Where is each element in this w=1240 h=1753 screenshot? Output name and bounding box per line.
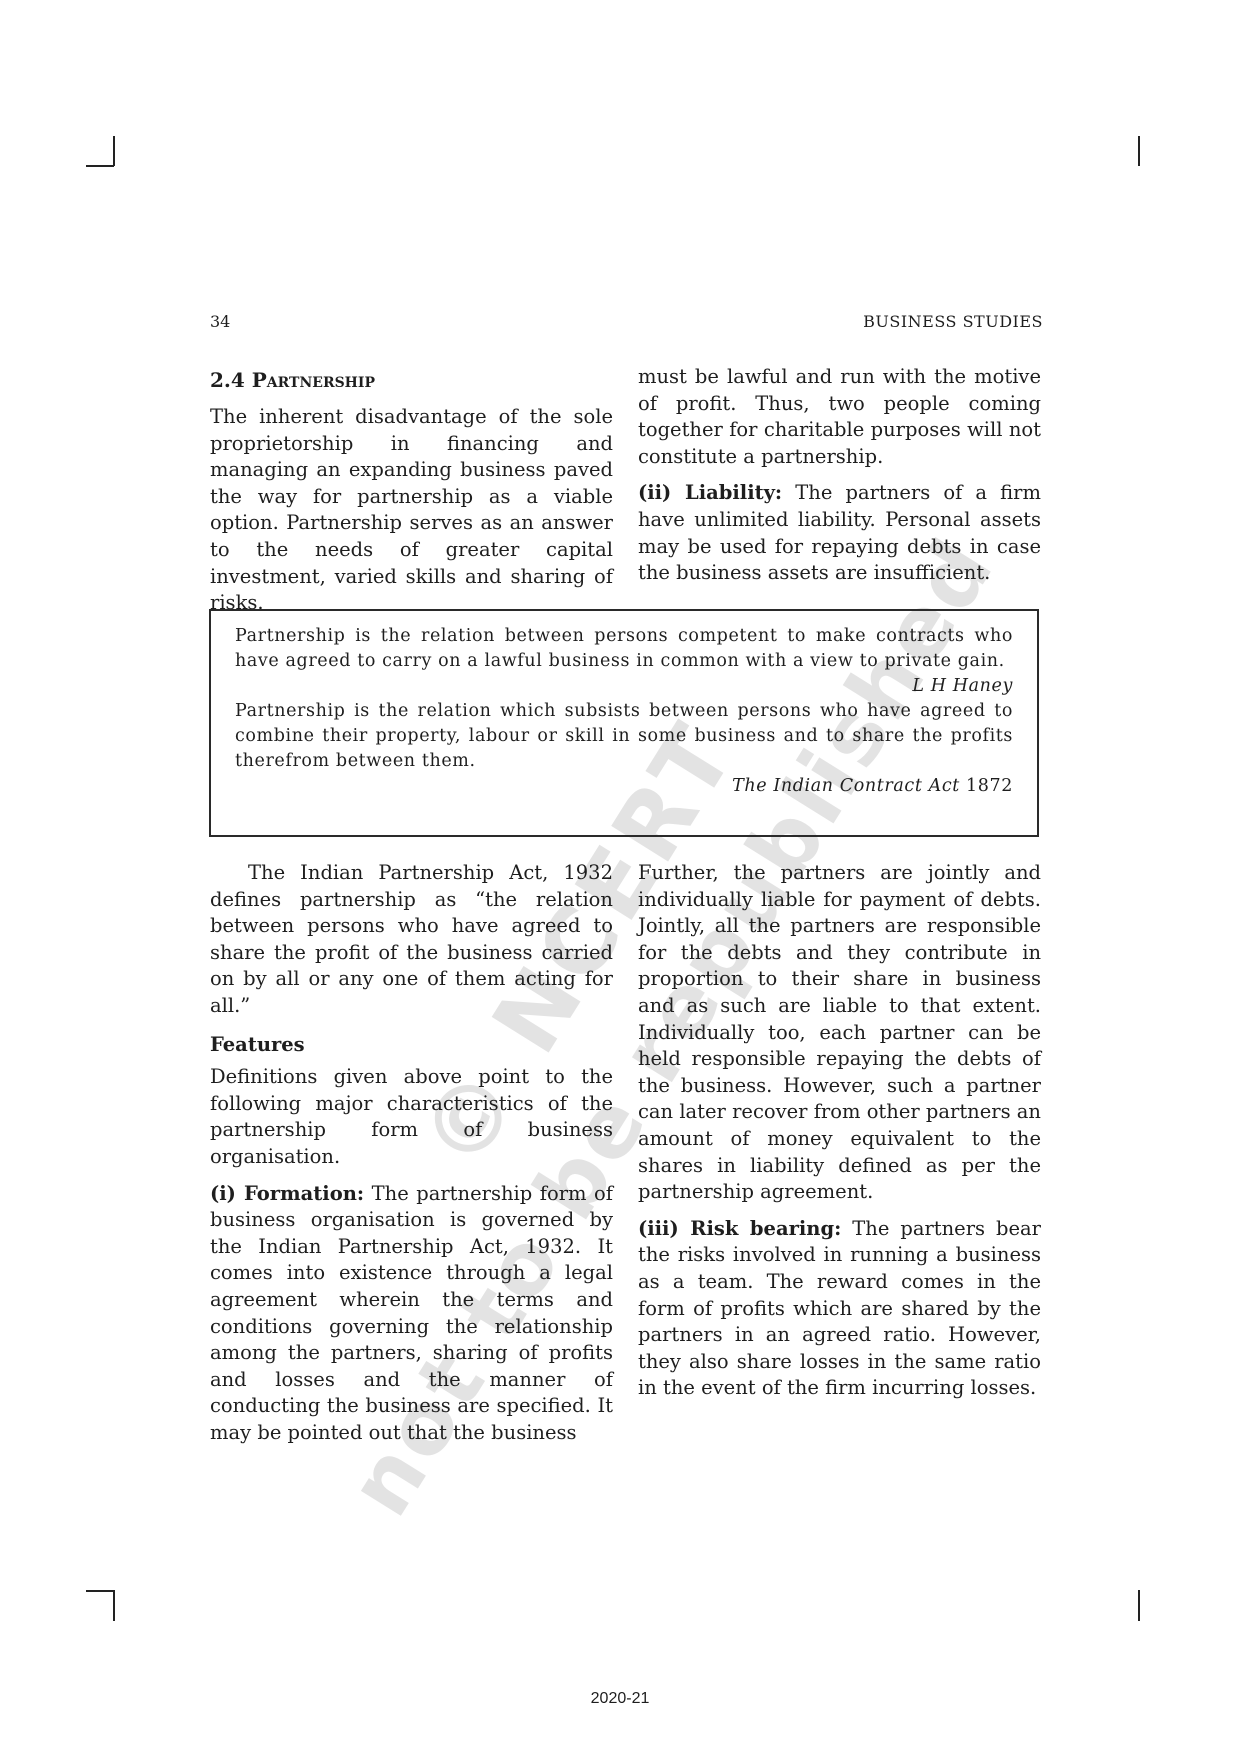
formation-paragraph: (i) Formation: The partnership form of b… bbox=[210, 1181, 613, 1447]
crop-mark-bottom-left-h bbox=[86, 1590, 114, 1592]
risk-bearing-paragraph: (iii) Risk bearing: The partners bear th… bbox=[638, 1216, 1041, 1402]
features-intro: Definitions given above point to the fol… bbox=[210, 1064, 613, 1170]
liability-continued: Further, the partners are jointly and in… bbox=[638, 860, 1041, 1206]
section-number: 2.4 bbox=[210, 368, 245, 392]
liability-label: (ii) Liability: bbox=[638, 481, 782, 504]
risk-bearing-text: The partners bear the risks involved in … bbox=[638, 1217, 1041, 1400]
liability-paragraph: (ii) Liability: The partners of a firm h… bbox=[638, 480, 1041, 586]
formation-label: (i) Formation: bbox=[210, 1182, 364, 1205]
top-right-column: must be lawful and run with the motive o… bbox=[638, 364, 1041, 587]
section-heading: 2.4 Partnership bbox=[210, 366, 613, 394]
running-title: BUSINESS STUDIES bbox=[863, 312, 1043, 331]
footer-year: 2020-21 bbox=[0, 1690, 1240, 1708]
features-heading: Features bbox=[210, 1032, 613, 1059]
source-year: 1872 bbox=[960, 776, 1013, 796]
definition-box: Partnership is the relation between pers… bbox=[209, 609, 1039, 837]
running-header: 34 BUSINESS STUDIES bbox=[210, 312, 1043, 336]
crop-mark-bottom-left-v bbox=[113, 1590, 115, 1621]
page-number: 34 bbox=[210, 312, 230, 331]
crop-mark-top-right-v bbox=[1138, 136, 1140, 166]
intro-paragraph: The inherent disadvantage of the sole pr… bbox=[210, 404, 613, 617]
crop-mark-bottom-right-v bbox=[1138, 1590, 1140, 1621]
formation-text: The partnership form of business organis… bbox=[210, 1182, 613, 1444]
source-name: The Indian Contract Act bbox=[732, 776, 960, 796]
formation-continuation: must be lawful and run with the motive o… bbox=[638, 364, 1041, 470]
crop-mark-top-left-v bbox=[113, 136, 115, 166]
crop-mark-top-left-h bbox=[86, 165, 114, 167]
top-left-column: 2.4 Partnership The inherent disadvantag… bbox=[210, 366, 613, 617]
definition-source-haney: L H Haney bbox=[235, 674, 1013, 699]
definition-haney: Partnership is the relation between pers… bbox=[235, 624, 1013, 674]
definition-contract-act: Partnership is the relation which subsis… bbox=[235, 699, 1013, 774]
risk-bearing-label: (iii) Risk bearing: bbox=[638, 1217, 841, 1240]
section-title: Partnership bbox=[252, 368, 375, 392]
bottom-right-column: Further, the partners are jointly and in… bbox=[638, 860, 1041, 1402]
definition-source-contract-act: The Indian Contract Act 1872 bbox=[235, 774, 1013, 799]
act-definition-paragraph: The Indian Partnership Act, 1932 defines… bbox=[210, 860, 613, 1020]
source-name: L H Haney bbox=[912, 676, 1013, 696]
bottom-left-column: The Indian Partnership Act, 1932 defines… bbox=[210, 860, 613, 1446]
